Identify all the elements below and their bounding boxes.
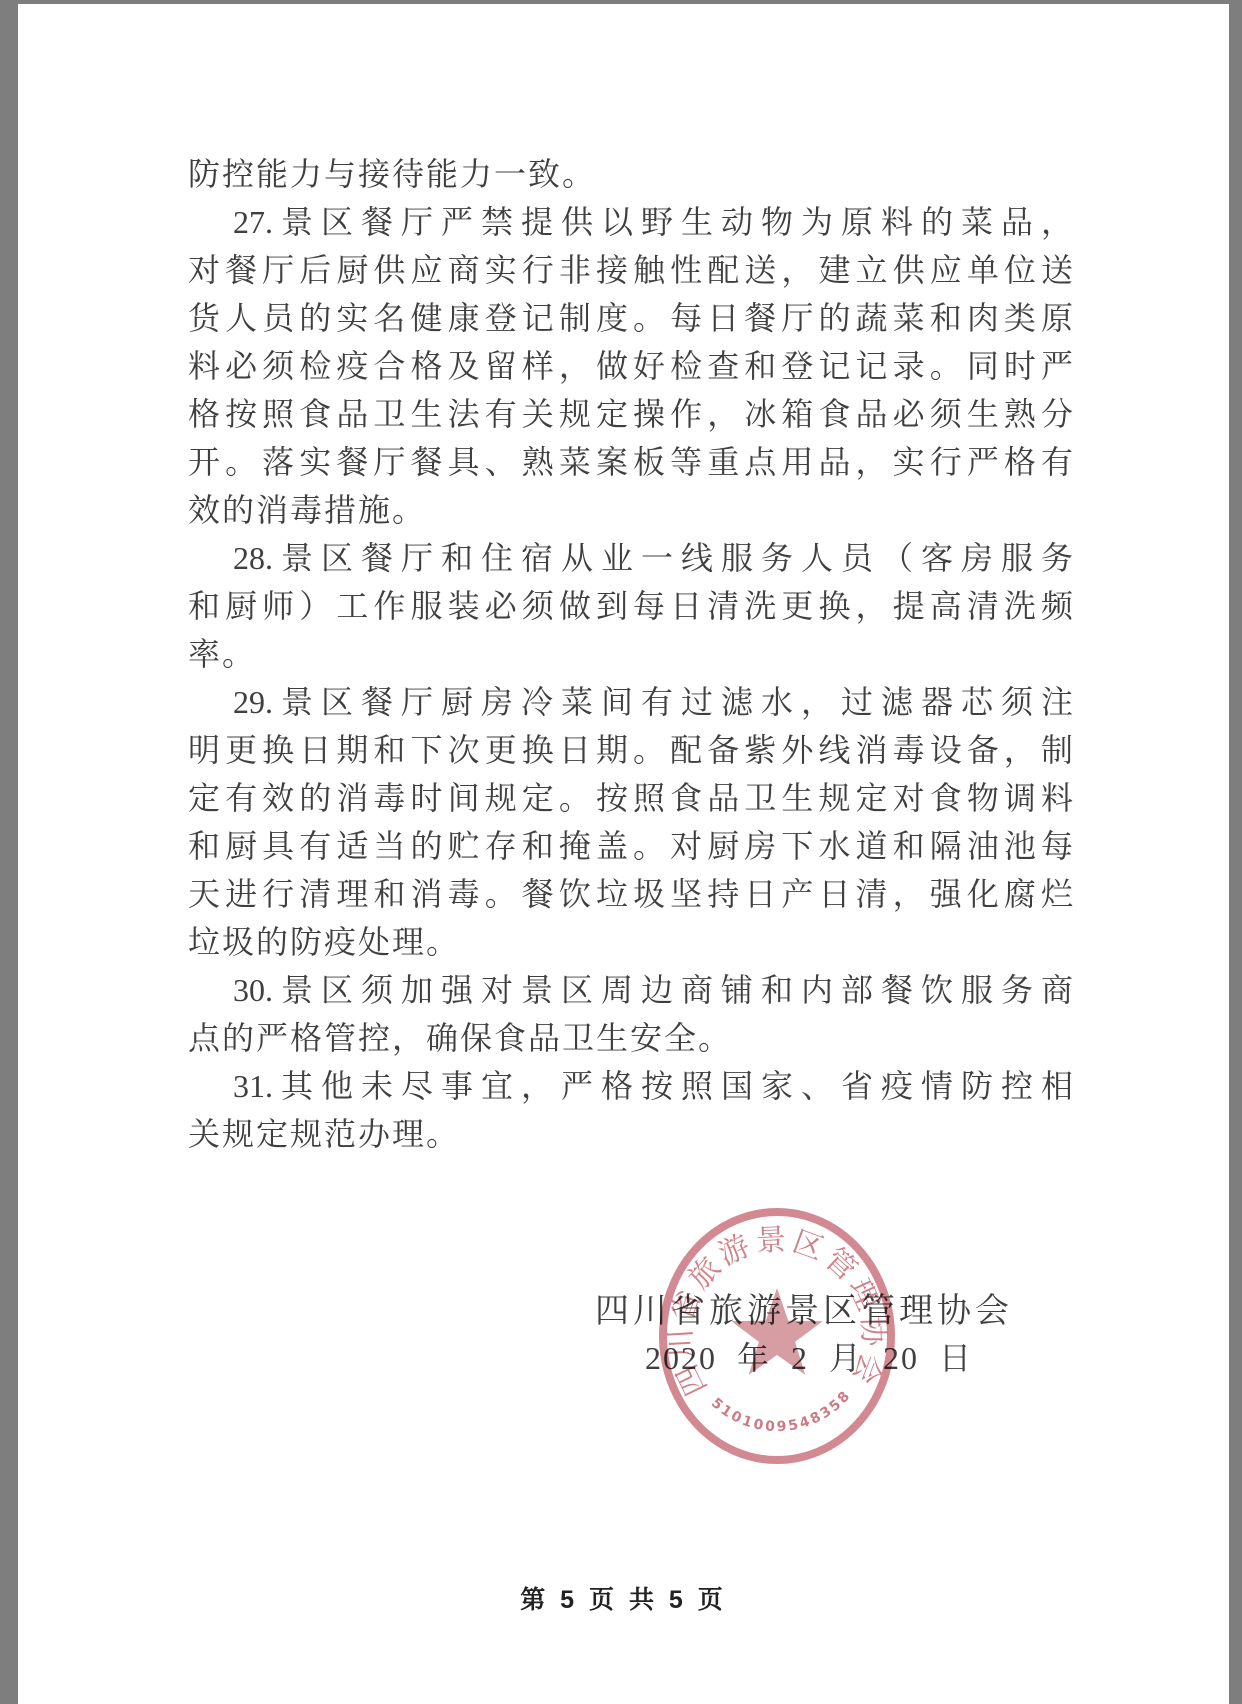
document-text-line: 点的严格管控，确保食品卫生安全。 <box>188 1014 1073 1062</box>
document-text-line: 和厨师）工作服装必须做到每日清洗更换，提高清洗频 <box>188 582 1073 630</box>
document-text-line: 27.景区餐厅严禁提供以野生动物为原料的菜品， <box>188 198 1073 246</box>
document-text-line: 29.景区餐厅厨房冷菜间有过滤水，过滤器芯须注 <box>188 678 1073 726</box>
document-text-line: 垃圾的防疫处理。 <box>188 918 1073 966</box>
document-text-line: 天进行清理和消毒。餐饮垃圾坚持日产日清，强化腐烂 <box>188 870 1073 918</box>
document-text-line: 明更换日期和下次更换日期。配备紫外线消毒设备，制 <box>188 726 1073 774</box>
document-text-line: 格按照食品卫生法有关规定操作，冰箱食品必须生熟分 <box>188 390 1073 438</box>
page-footer: 第 5 页 共 5 页 <box>18 1580 1229 1616</box>
document-text-line: 28.景区餐厅和住宿从业一线服务人员（客房服务 <box>188 534 1073 582</box>
viewer-frame-right <box>1229 0 1242 1704</box>
document-text-line: 效的消毒措施。 <box>188 486 1073 534</box>
document-text-line: 关规定规范办理。 <box>188 1110 1073 1158</box>
document-text-line: 货人员的实名健康登记制度。每日餐厅的蔬菜和肉类原 <box>188 294 1073 342</box>
document-text-line: 和厨具有适当的贮存和掩盖。对厨房下水道和隔油池每 <box>188 822 1073 870</box>
document-body: 防控能力与接待能力一致。27.景区餐厅严禁提供以野生动物为原料的菜品，对餐厅后厨… <box>188 150 1073 1158</box>
official-seal-stamp: 四川省旅游景区管理协会 5101009548358 <box>657 1206 897 1466</box>
document-text-line: 开。落实餐厅餐具、熟菜案板等重点用品，实行严格有 <box>188 438 1073 486</box>
viewer-frame-left <box>0 0 18 1704</box>
seal-serial-number: 5101009548358 <box>708 1387 855 1435</box>
document-text-line: 对餐厅后厨供应商实行非接触性配送，建立供应单位送 <box>188 246 1073 294</box>
document-text-line: 30.景区须加强对景区周边商铺和内部餐饮服务商 <box>188 966 1073 1014</box>
scanned-document-page: { "page": { "footer": "第 5 页 共 5 页", "fr… <box>0 0 1242 1704</box>
viewer-frame-top <box>0 0 1242 4</box>
document-text-line: 率。 <box>188 630 1073 678</box>
document-text-line: 防控能力与接待能力一致。 <box>188 150 1073 198</box>
document-text-line: 31.其他未尽事宜，严格按照国家、省疫情防控相 <box>188 1062 1073 1110</box>
document-text-line: 料必须检疫合格及留样，做好检查和登记记录。同时严 <box>188 342 1073 390</box>
seal-star-icon <box>731 1288 822 1375</box>
document-text-line: 定有效的消毒时间规定。按照食品卫生规定对食物调料 <box>188 774 1073 822</box>
